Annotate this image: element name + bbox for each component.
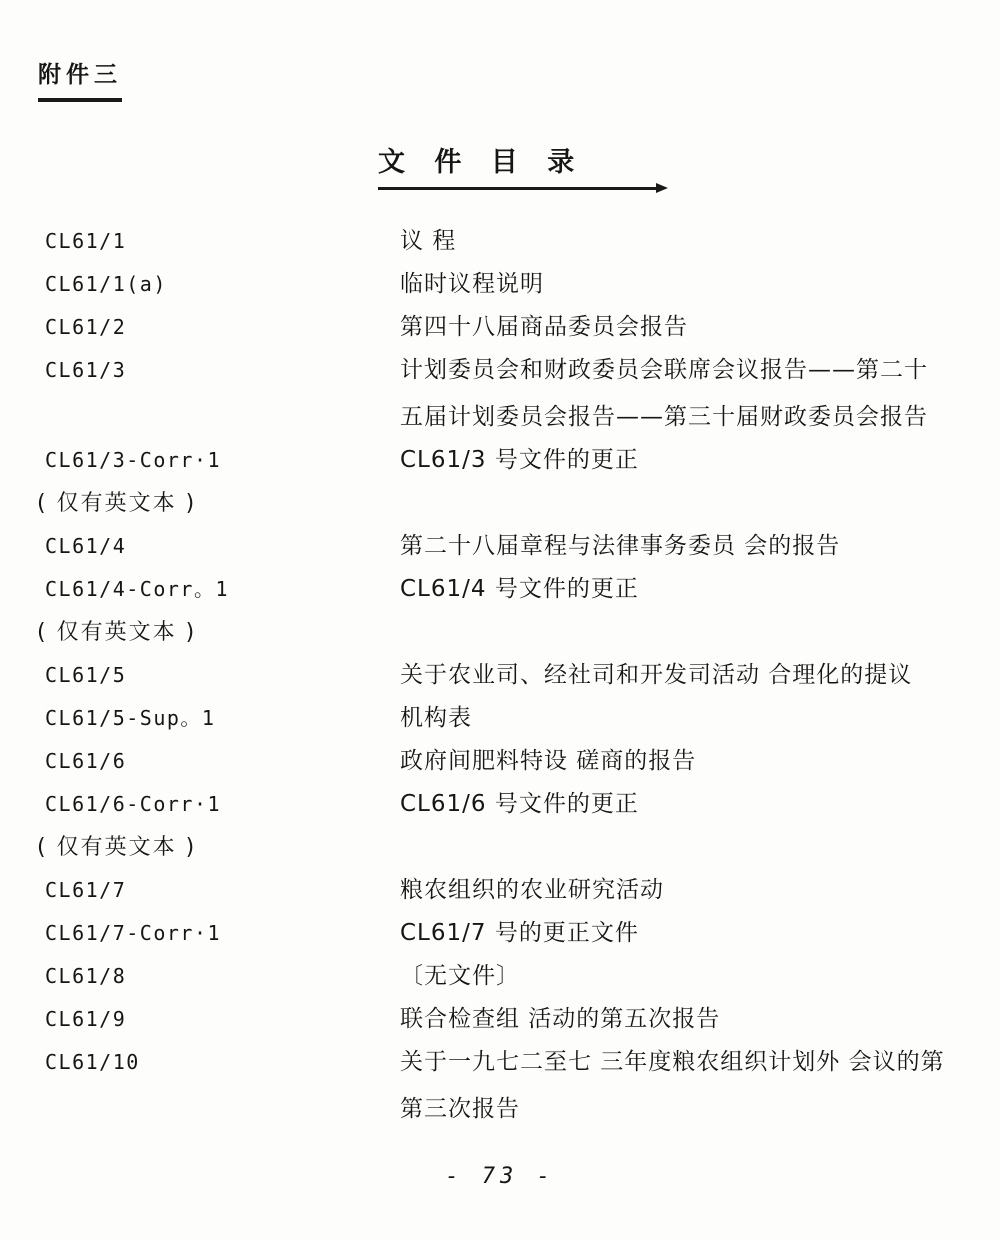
document-title-line: 关于农业司、经社司和开发司活动 合理化的提议 <box>400 660 975 691</box>
document-code: CL61/4-Corr。1 <box>45 574 400 605</box>
language-note: ( 仅有英文本 ) <box>37 617 392 648</box>
page-number: - 73 - <box>0 1164 1000 1189</box>
document-title-line: 五届计划委员会报告——第三十届财政委员会报告 <box>400 402 975 433</box>
document-title-line: 第四十八届商品委员会报告 <box>400 312 975 343</box>
document-title-line: 关于一九七二至七 三年度粮农组织计划外 会议的第 <box>400 1047 975 1078</box>
document-code: CL61/5 <box>45 660 400 691</box>
document-code: CL61/2 <box>45 312 400 343</box>
document-code: CL61/8 <box>45 961 400 992</box>
document-list: CL61/1议 程CL61/1(a)临时议程说明CL61/2第四十八届商品委员会… <box>45 226 975 1137</box>
document-code: CL61/5-Sup。1 <box>45 703 400 734</box>
document-title: CL61/3 号文件的更正 <box>400 445 975 476</box>
document-title-line: 粮农组织的农业研究活动 <box>400 875 975 906</box>
document-title-line: 机构表 <box>400 703 975 734</box>
document-title: 计划委员会和财政委员会联席会议报告——第二十五届计划委员会报告——第三十届财政委… <box>400 355 975 433</box>
document-title: 政府间肥料特设 磋商的报告 <box>400 746 975 777</box>
table-row: ( 仅有英文本 ) <box>45 488 975 519</box>
language-note: ( 仅有英文本 ) <box>37 488 392 519</box>
table-row: CL61/3计划委员会和财政委员会联席会议报告——第二十五届计划委员会报告——第… <box>45 355 975 433</box>
table-row: CL61/9联合检查组 活动的第五次报告 <box>45 1004 975 1035</box>
table-row: ( 仅有英文本 ) <box>45 617 975 648</box>
document-title: 关于一九七二至七 三年度粮农组织计划外 会议的第第三次报告 <box>400 1047 975 1125</box>
document-code: CL61/6 <box>45 746 400 777</box>
document-code: CL61/10 <box>45 1047 400 1078</box>
table-row: CL61/5-Sup。1机构表 <box>45 703 975 734</box>
title-underline <box>378 187 660 190</box>
document-title-line: 第二十八届章程与法律事务委员 会的报告 <box>400 531 975 562</box>
document-code: CL61/4 <box>45 531 400 562</box>
document-title-line: CL61/3 号文件的更正 <box>400 445 975 476</box>
document-title: 粮农组织的农业研究活动 <box>400 875 975 906</box>
document-code: CL61/7 <box>45 875 400 906</box>
title-block: 文 件 目 录 <box>378 140 678 190</box>
document-title-line: 〔无文件〕 <box>400 961 975 992</box>
table-row: CL61/4-Corr。1CL61/4 号文件的更正 <box>45 574 975 605</box>
document-title-line: 临时议程说明 <box>400 269 975 300</box>
document-title: CL61/6 号文件的更正 <box>400 789 975 820</box>
document-code: CL61/1 <box>45 226 400 257</box>
table-row: CL61/2第四十八届商品委员会报告 <box>45 312 975 343</box>
document-title-line: 计划委员会和财政委员会联席会议报告——第二十 <box>400 355 975 386</box>
table-row: CL61/10关于一九七二至七 三年度粮农组织计划外 会议的第第三次报告 <box>45 1047 975 1125</box>
document-code: CL61/9 <box>45 1004 400 1035</box>
annex-label: 附件三 <box>38 56 122 102</box>
table-row: CL61/7粮农组织的农业研究活动 <box>45 875 975 906</box>
page-title: 文 件 目 录 <box>378 140 584 179</box>
document-code: CL61/1(a) <box>45 269 400 300</box>
underline-arrow-tip <box>656 183 668 193</box>
table-row: CL61/5关于农业司、经社司和开发司活动 合理化的提议 <box>45 660 975 691</box>
document-code: CL61/6-Corr·1 <box>45 789 400 820</box>
document-title: 第四十八届商品委员会报告 <box>400 312 975 343</box>
table-row: CL61/1(a)临时议程说明 <box>45 269 975 300</box>
table-row: CL61/3-Corr·1CL61/3 号文件的更正 <box>45 445 975 476</box>
document-code: CL61/7-Corr·1 <box>45 918 400 949</box>
document-title: 〔无文件〕 <box>400 961 975 992</box>
document-title-line: 政府间肥料特设 磋商的报告 <box>400 746 975 777</box>
document-code: CL61/3 <box>45 355 400 386</box>
document-title: 临时议程说明 <box>400 269 975 300</box>
table-row: CL61/6-Corr·1CL61/6 号文件的更正 <box>45 789 975 820</box>
table-row: CL61/6政府间肥料特设 磋商的报告 <box>45 746 975 777</box>
document-title: 第二十八届章程与法律事务委员 会的报告 <box>400 531 975 562</box>
document-title-line: CL61/6 号文件的更正 <box>400 789 975 820</box>
document-title: 关于农业司、经社司和开发司活动 合理化的提议 <box>400 660 975 691</box>
document-title: CL61/4 号文件的更正 <box>400 574 975 605</box>
table-row: CL61/7-Corr·1CL61/7 号的更正文件 <box>45 918 975 949</box>
table-row: CL61/1议 程 <box>45 226 975 257</box>
document-code: CL61/3-Corr·1 <box>45 445 400 476</box>
table-row: CL61/8〔无文件〕 <box>45 961 975 992</box>
document-title-line: CL61/4 号文件的更正 <box>400 574 975 605</box>
language-note: ( 仅有英文本 ) <box>37 832 392 863</box>
document-title: 联合检查组 活动的第五次报告 <box>400 1004 975 1035</box>
document-title-line: 第三次报告 <box>400 1094 975 1125</box>
table-row: ( 仅有英文本 ) <box>45 832 975 863</box>
table-row: CL61/4第二十八届章程与法律事务委员 会的报告 <box>45 531 975 562</box>
document-title-line: CL61/7 号的更正文件 <box>400 918 975 949</box>
document-title-line: 联合检查组 活动的第五次报告 <box>400 1004 975 1035</box>
document-title: 机构表 <box>400 703 975 734</box>
document-title-line: 议 程 <box>400 226 975 257</box>
document-title: 议 程 <box>400 226 975 257</box>
document-title: CL61/7 号的更正文件 <box>400 918 975 949</box>
